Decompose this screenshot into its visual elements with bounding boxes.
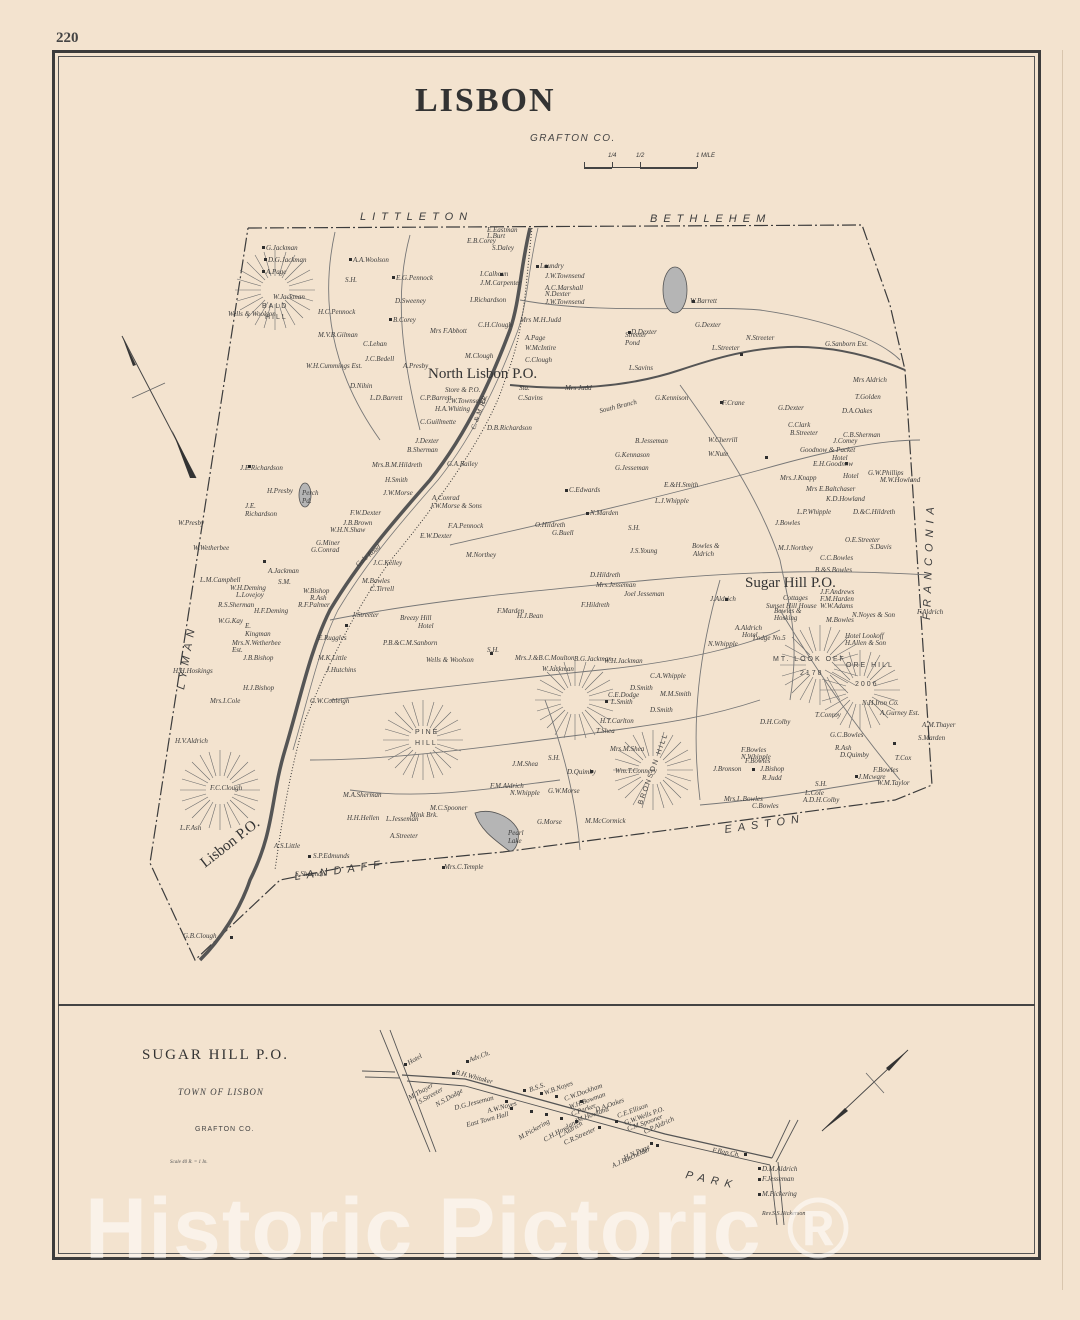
svg-text:Hotel: Hotel xyxy=(405,1052,423,1067)
svg-text:A.J.Batchelder: A.J.Batchelder xyxy=(610,1145,652,1170)
svg-text:Adv.Ch.: Adv.Ch. xyxy=(467,1049,492,1064)
svg-text:B.H.Whitaker: B.H.Whitaker xyxy=(454,1068,494,1086)
svg-text:D.M.Aldrich: D.M.Aldrich xyxy=(761,1165,798,1173)
inset-north-arrow-icon xyxy=(822,1050,908,1131)
watermark: Historic Pictoric ® xyxy=(85,1180,851,1279)
sugar-hill-inset-map: Hotel Adv.Ch. B.H.Whitaker M.Thayer S.St… xyxy=(0,0,1080,1320)
svg-text:East Town Hall: East Town Hall xyxy=(464,1110,509,1129)
svg-text:F.Bap.Ch.: F.Bap.Ch. xyxy=(711,1146,741,1159)
